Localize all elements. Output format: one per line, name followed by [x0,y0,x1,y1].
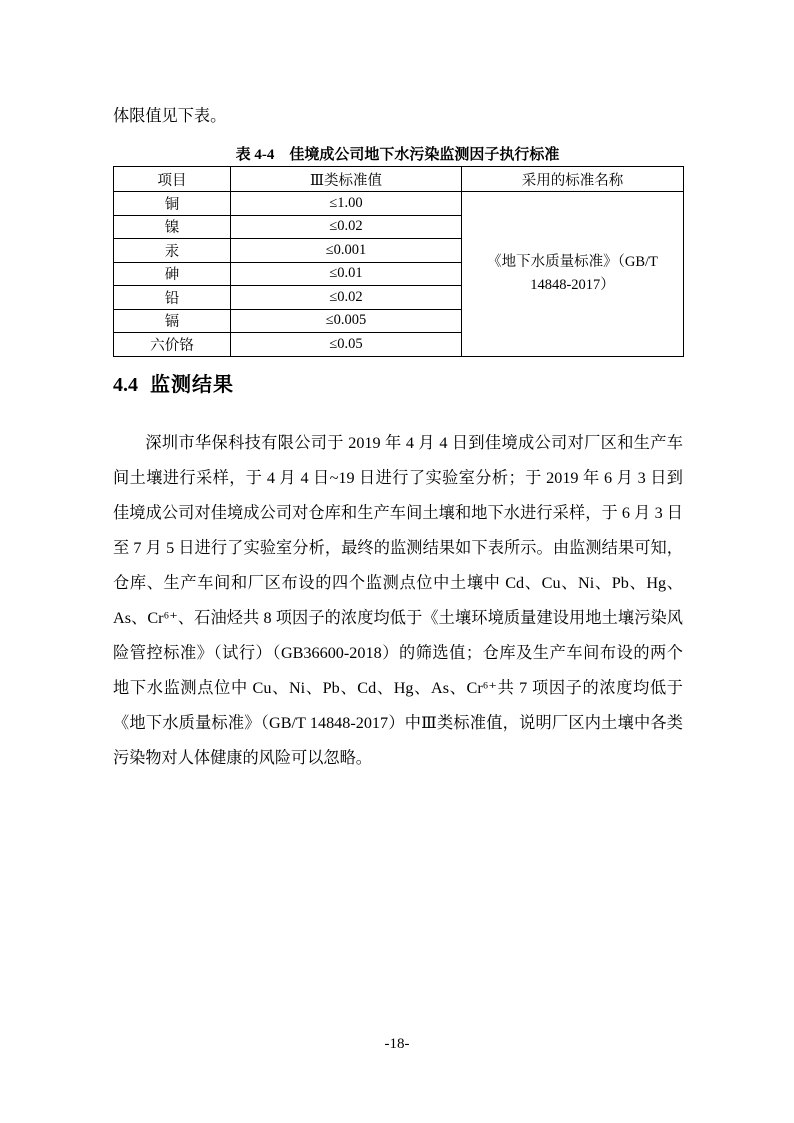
item-cell: 镉 [114,309,231,333]
table-caption: 表 4-4 佳境成公司地下水污染监测因子执行标准 [113,143,682,164]
value-cell: ≤0.01 [231,262,462,286]
table-row: 铜 ≤1.00 《地下水质量标准》（GB/T 14848-2017） [114,192,684,216]
document-page: 体限值见下表。 表 4-4 佳境成公司地下水污染监测因子执行标准 项目 Ⅲ类标准… [0,0,794,1123]
value-cell: ≤0.05 [231,333,462,357]
section-heading: 4.4监测结果 [113,368,234,397]
body-paragraph: 深圳市华保科技有限公司于 2019 年 4 月 4 日到佳境成公司对厂区和生产车… [113,426,683,776]
item-cell: 铜 [114,192,231,216]
item-cell: 六价铬 [114,333,231,357]
value-cell: ≤0.001 [231,239,462,263]
section-number: 4.4 [113,374,138,396]
item-cell: 镍 [114,215,231,239]
header-class3-value: Ⅲ类标准值 [231,167,462,192]
header-standard-name: 采用的标准名称 [462,167,684,192]
standards-table: 项目 Ⅲ类标准值 采用的标准名称 铜 ≤1.00 《地下水质量标准》（GB/T … [113,166,684,357]
value-cell: ≤0.02 [231,286,462,310]
page-number: -18- [0,1036,794,1053]
value-cell: ≤1.00 [231,192,462,216]
value-cell: ≤0.02 [231,215,462,239]
intro-text: 体限值见下表。 [113,104,682,128]
table-header-row: 项目 Ⅲ类标准值 采用的标准名称 [114,167,684,192]
standard-name-cell: 《地下水质量标准》（GB/T 14848-2017） [462,192,684,357]
item-cell: 铅 [114,286,231,310]
header-item: 项目 [114,167,231,192]
section-title: 监测结果 [150,374,234,396]
value-cell: ≤0.005 [231,309,462,333]
item-cell: 汞 [114,239,231,263]
item-cell: 砷 [114,262,231,286]
standard-name-text: 《地下水质量标准》（GB/T 14848-2017） [478,251,668,297]
